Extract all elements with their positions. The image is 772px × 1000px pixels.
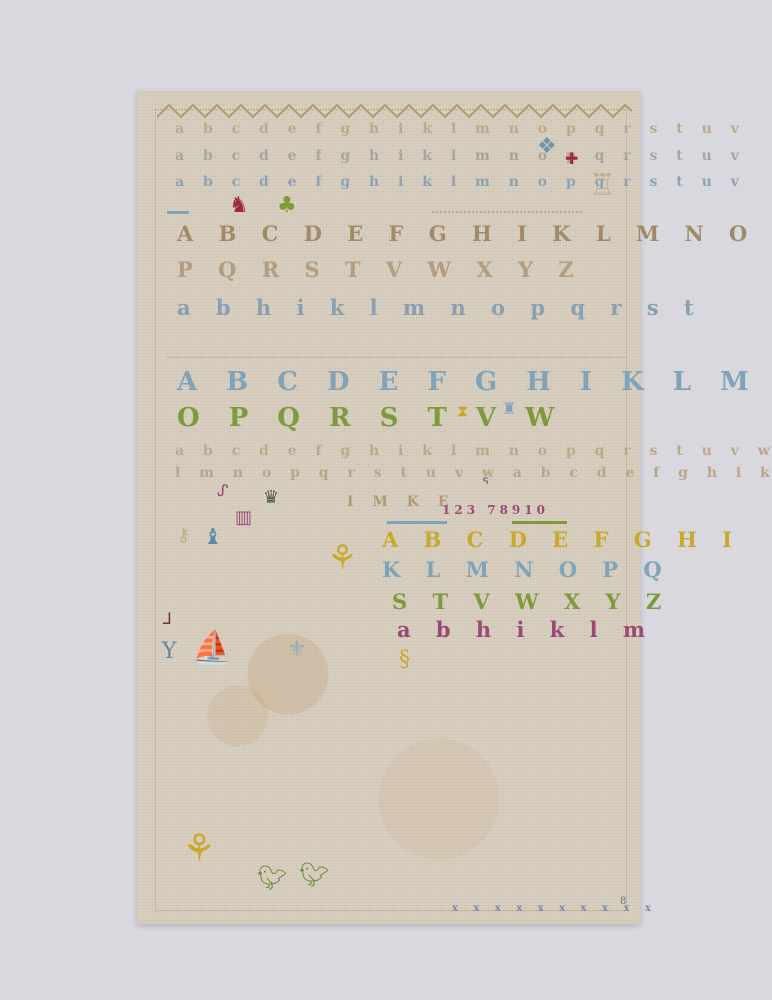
hourglass-motif-icon: ⧗ [457,403,468,419]
right-capital-row-2: K L M N O P Q [382,557,671,582]
potted-plant-icon: ♣ [277,195,297,217]
large-capital-row-1: A B C D E F G H I K L M N [177,367,772,397]
dotted-stitch-line [432,211,582,216]
zigzag-border [157,103,632,119]
numerals-row: 123 78910 [442,503,549,517]
right-capital-row-3: S T V W X Y Z [392,589,670,614]
corner-mark: 8 [620,896,626,907]
green-stitch-bar [512,521,567,524]
ship-motif-icon: ⛵ [192,631,232,663]
key-motif-icon: ⚷ [177,527,190,545]
flower-vase-center-icon: ⚘ [327,541,357,575]
initials-row: I M K E [347,494,456,510]
hook-motif-icon: ᕐ [482,476,489,492]
bird-vase-motif-icon: ♝ [203,527,223,549]
ship-mast-icon: Y [162,641,177,663]
lowercase-row: a b h i k l m n o p q r s t [177,295,703,320]
blue-stitch-bar [387,521,447,524]
alphabet-row-1: a b c d e f g h i k l m n o p q r s t u … [175,121,746,137]
cup-small-icon: ♜ [502,401,516,417]
dog-motif-icon: ♞ [229,195,249,217]
blue-stitch-line [167,211,189,214]
fragment-motif-icon: ᒧ [162,611,172,627]
alphabet-row-2: a b c d e f g h i k l m n o p q r s t u … [175,148,746,164]
sampler-cloth: a b c d e f g h i k l m n o p q r s t u … [137,91,640,924]
flower-vase-bottom-icon: ⚘ [182,829,216,867]
bird-left-icon: 🐦︎ [257,866,287,890]
square-motif-icon: ❖ [537,136,557,158]
small-alphabet-row-2: l m n o p q r s t u v w a b c d e f g h … [175,465,772,481]
alphabet-row-3: a b c d e f g h i k l m n o p q r s t u … [175,174,746,190]
fence-motif-icon: ▥ [235,509,252,527]
small-alphabet-row-1: a b c d e f g h i k l m n o p q r s t u … [175,443,772,459]
capital-row-2: P Q R S T V W X Y Z [177,257,583,282]
right-capital-row-1: A B C D E F G H I [382,527,741,552]
lamp-motif-icon: ♛ [263,489,279,507]
tree-motif-icon: ⚜ [287,639,307,661]
right-lowercase-row: a b h i k l m [397,617,654,642]
cup-motif-icon: ♖ [589,171,616,201]
pipe-motif-icon: ᔑ [217,483,228,499]
bird-right-icon: 🐦︎ [299,863,329,887]
red-cross-motif-icon: ✚ [565,151,578,167]
loose-thread-icon: § [399,649,410,671]
capital-row-1: A B C D E F G H I K L M N O [177,221,756,246]
divider-line [167,357,627,361]
